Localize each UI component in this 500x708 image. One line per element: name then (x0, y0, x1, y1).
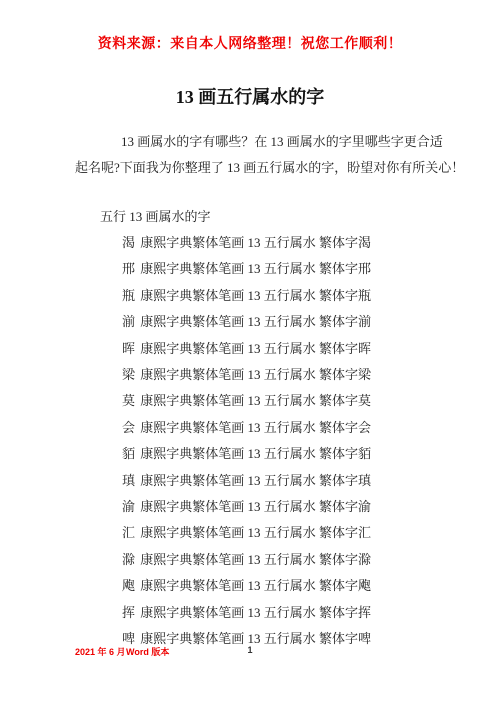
character-detail: 康熙字典繁体笔画 13 五行属水 繁体字莫 (137, 393, 371, 408)
list-row: 挥 康熙字典繁体笔画 13 五行属水 繁体字挥 (122, 600, 371, 626)
character: 渴 (122, 235, 135, 250)
character-detail: 康熙字典繁体笔画 13 五行属水 繁体字啤 (137, 631, 371, 646)
character: 湔 (122, 314, 135, 329)
character: 莫 (122, 393, 135, 408)
character: 会 (122, 420, 135, 435)
character-detail: 康熙字典繁体笔画 13 五行属水 繁体字汇 (137, 525, 371, 540)
character: 邢 (122, 261, 135, 276)
section-heading: 五行 13 画属水的字 (100, 206, 211, 225)
character-list: 渴 康熙字典繁体笔画 13 五行属水 繁体字渴邢 康熙字典繁体笔画 13 五行属… (122, 230, 371, 653)
intro-line: 起名呢?下面我为你整理了 13 画五行属水的字，盼望对你有所关心！ (75, 155, 427, 181)
character: 瑱 (122, 473, 135, 488)
document-page: 资料来源：来自本人网络整理！祝您工作顺利！ 13 画五行属水的字 13 画属水的… (0, 0, 500, 708)
intro-paragraph: 13 画属水的字有哪些？在 13 画属水的字里哪些字更合适 起名呢?下面我为你整… (75, 129, 427, 181)
character-detail: 康熙字典繁体笔画 13 五行属水 繁体字滁 (137, 552, 371, 567)
character-detail: 康熙字典繁体笔画 13 五行属水 繁体字挥 (137, 605, 371, 620)
character-detail: 康熙字典繁体笔画 13 五行属水 繁体字瑱 (137, 473, 371, 488)
character: 渝 (122, 499, 135, 514)
list-row: 貊 康熙字典繁体笔画 13 五行属水 繁体字貊 (122, 441, 371, 467)
list-row: 汇 康熙字典繁体笔画 13 五行属水 繁体字汇 (122, 520, 371, 546)
character: 晖 (122, 341, 135, 356)
character: 啤 (122, 631, 135, 646)
list-row: 梁 康熙字典繁体笔画 13 五行属水 繁体字梁 (122, 362, 371, 388)
page-footer: 2021 年 6 月 Word 版本 1 (0, 645, 500, 661)
character: 瓶 (122, 288, 135, 303)
character-detail: 康熙字典繁体笔画 13 五行属水 繁体字梁 (137, 367, 371, 382)
character-detail: 康熙字典繁体笔画 13 五行属水 繁体字渴 (137, 235, 371, 250)
list-row: 滁 康熙字典繁体笔画 13 五行属水 繁体字滁 (122, 547, 371, 573)
character-detail: 康熙字典繁体笔画 13 五行属水 繁体字湔 (137, 314, 371, 329)
list-row: 会 康熙字典繁体笔画 13 五行属水 繁体字会 (122, 415, 371, 441)
list-row: 邢 康熙字典繁体笔画 13 五行属水 繁体字邢 (122, 256, 371, 282)
list-row: 瑱 康熙字典繁体笔画 13 五行属水 繁体字瑱 (122, 468, 371, 494)
list-row: 湔 康熙字典繁体笔画 13 五行属水 繁体字湔 (122, 309, 371, 335)
character: 梁 (122, 367, 135, 382)
character-detail: 康熙字典繁体笔画 13 五行属水 繁体字邢 (137, 261, 371, 276)
list-row: 飑 康熙字典繁体笔画 13 五行属水 繁体字飑 (122, 573, 371, 599)
character-detail: 康熙字典繁体笔画 13 五行属水 繁体字晖 (137, 341, 371, 356)
list-row: 瓶 康熙字典繁体笔画 13 五行属水 繁体字瓶 (122, 283, 371, 309)
footer-page-number: 1 (0, 645, 500, 655)
list-row: 晖 康熙字典繁体笔画 13 五行属水 繁体字晖 (122, 336, 371, 362)
character-detail: 康熙字典繁体笔画 13 五行属水 繁体字貊 (137, 446, 371, 461)
source-notice: 资料来源：来自本人网络整理！祝您工作顺利！ (0, 33, 500, 53)
intro-line: 13 画属水的字有哪些？在 13 画属水的字里哪些字更合适 (75, 129, 427, 155)
page-title: 13 画五行属水的字 (0, 83, 500, 109)
character: 飑 (122, 578, 135, 593)
character: 汇 (122, 525, 135, 540)
list-row: 莫 康熙字典繁体笔画 13 五行属水 繁体字莫 (122, 388, 371, 414)
list-row: 渴 康熙字典繁体笔画 13 五行属水 繁体字渴 (122, 230, 371, 256)
character-detail: 康熙字典繁体笔画 13 五行属水 繁体字飑 (137, 578, 371, 593)
character-detail: 康熙字典繁体笔画 13 五行属水 繁体字渝 (137, 499, 371, 514)
character: 貊 (122, 446, 135, 461)
character: 挥 (122, 605, 135, 620)
list-row: 渝 康熙字典繁体笔画 13 五行属水 繁体字渝 (122, 494, 371, 520)
character: 滁 (122, 552, 135, 567)
character-detail: 康熙字典繁体笔画 13 五行属水 繁体字会 (137, 420, 371, 435)
character-detail: 康熙字典繁体笔画 13 五行属水 繁体字瓶 (137, 288, 371, 303)
